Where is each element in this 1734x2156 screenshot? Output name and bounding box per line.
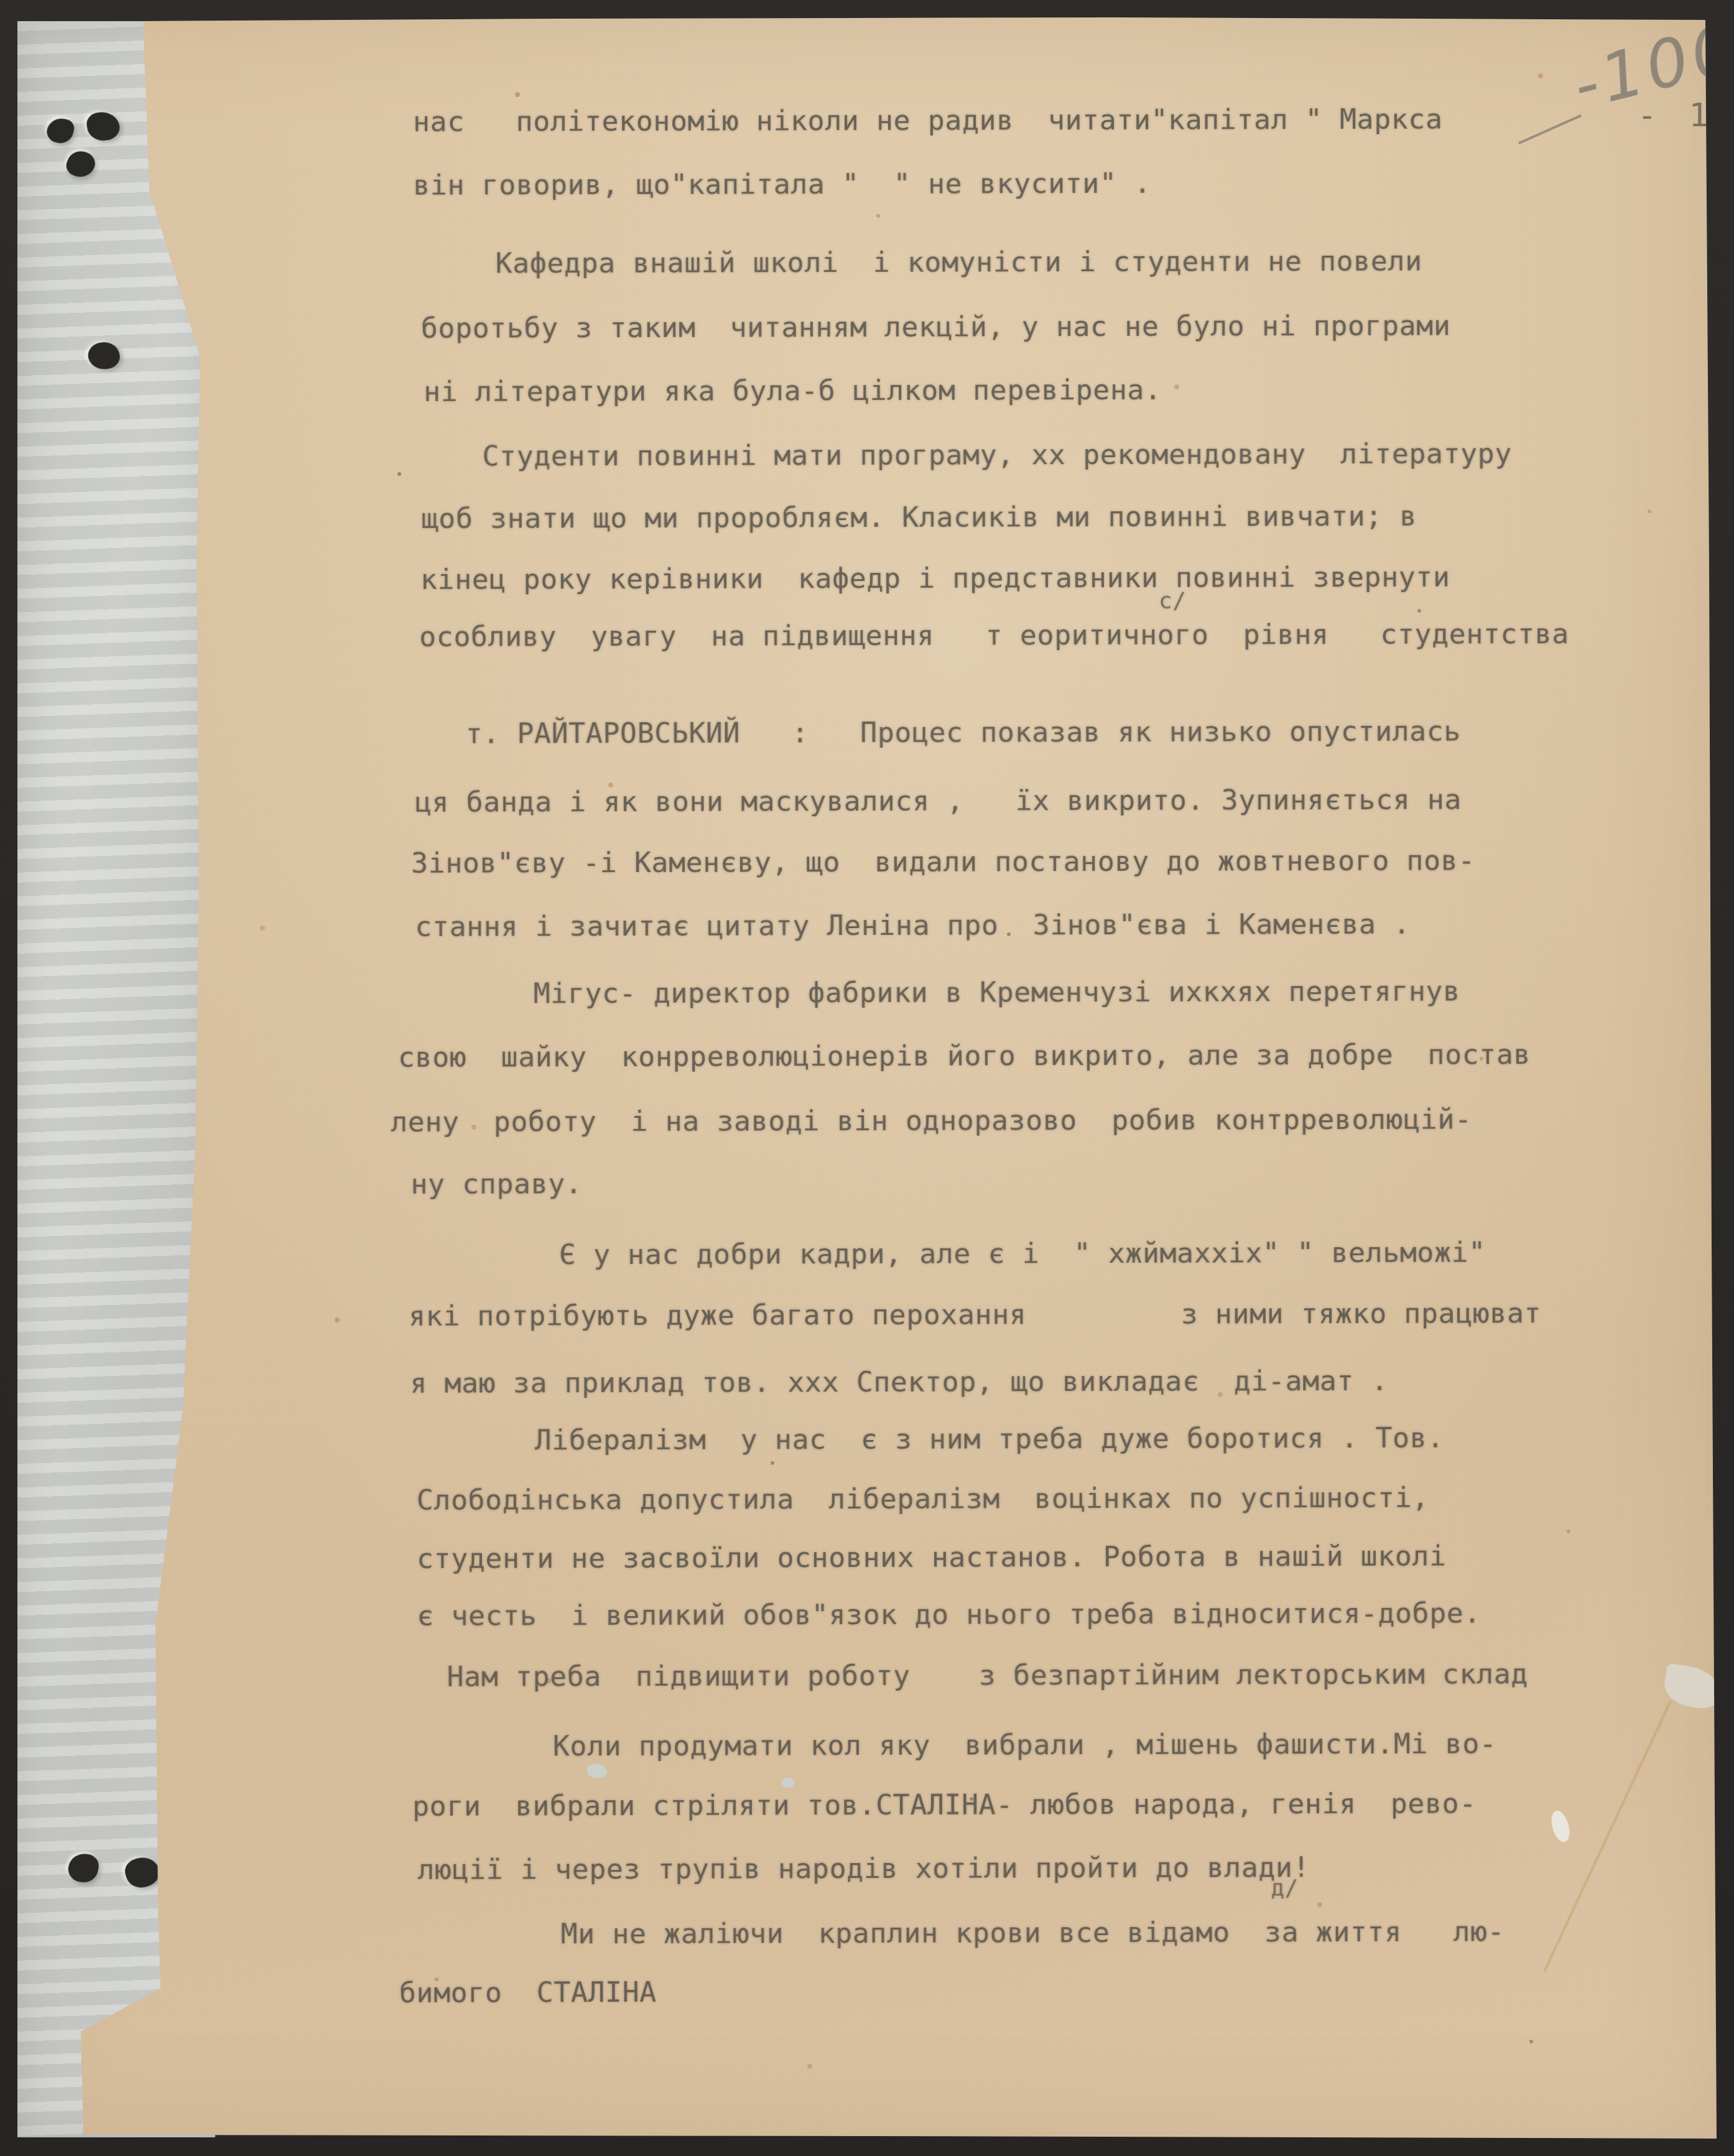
typewritten-line: Коли продумати кол яку вибрали , мішень …	[553, 1727, 1497, 1762]
typewritten-line: кінец року керівники кафедр і представни…	[420, 561, 1450, 596]
typewritten-line: люції і через трупів народів хотіли прой…	[417, 1851, 1310, 1886]
typewritten-line: особливу увагу на підвищення т еоритично…	[419, 618, 1569, 653]
typewritten-line: лену роботу і на заводі він одноразово р…	[391, 1103, 1472, 1138]
typewritten-line: Є у нас добри кадри, але є і " хжймаххіх…	[559, 1236, 1486, 1271]
typewritten-line: ця банда і як вони маскувалися , їх викр…	[415, 783, 1462, 818]
typewritten-line: я маю за приклад тов. ххх Спектор, що ви…	[410, 1365, 1388, 1400]
typewritten-line: бимого СТАЛІНА	[399, 1976, 657, 2009]
correction-superscript: д/	[1271, 1872, 1298, 1905]
typewritten-text-block: нас політекономію ніколи не радив читати…	[0, 0, 1734, 2156]
typewritten-line: Слободінська допустила лібералізм воцінк…	[417, 1482, 1429, 1517]
typewritten-line: щоб знати що ми проробляєм. Класиків ми …	[422, 500, 1417, 535]
typewritten-line: ні літератури яка була-б цілком перевіре…	[424, 374, 1162, 408]
typewritten-line: ну справу.	[410, 1168, 582, 1201]
typewritten-line: боротьбу з таким читанням лекцій, у нас …	[421, 310, 1451, 345]
typewritten-line: студенти не засвоїли основних настанов. …	[417, 1540, 1447, 1575]
paper-flecks	[0, 0, 2, 2]
typewritten-line: свою шайку конрреволюціонерів його викри…	[398, 1038, 1531, 1074]
typewritten-line: роги вибрали стріляти тов.СТАЛІНА- любов…	[412, 1787, 1477, 1822]
typewritten-line: які потрібують дуже багато перохання з н…	[409, 1297, 1541, 1332]
typewritten-line: Лібералізм у нас є з ним треба дуже боро…	[534, 1422, 1444, 1457]
typewritten-line: стання і зачитає цитату Леніна про Зінов…	[415, 908, 1410, 943]
typewritten-line: Студенти повинні мати програму, хх реком…	[482, 437, 1512, 472]
correction-superscript: с/	[1159, 585, 1186, 618]
typewritten-line: нас політекономію ніколи не радив читати…	[413, 103, 1443, 138]
scanned-document-page: - 1 -100 нас політекономію ніколи не рад…	[0, 0, 1734, 2156]
typewritten-line: є честь і великий обов"язок до нього тре…	[417, 1597, 1481, 1632]
typewritten-line: Кафедра внашій школі і комуністи і студе…	[496, 245, 1422, 280]
typewritten-line: Зінов"єву -і Каменєву, що видали постано…	[411, 844, 1475, 879]
typewritten-line: т. РАЙТАРОВСЬКИЙ : Процес показав як низ…	[465, 715, 1460, 750]
typewritten-line: Нам треба підвищити роботу з безпартійни…	[447, 1658, 1528, 1693]
typewritten-line: він говорив, що"капітала " " не вкусити"…	[413, 167, 1151, 202]
typewritten-line: Мігус- директор фабрики в Кременчузі ихк…	[534, 975, 1460, 1010]
document-sheet: - 1 -100 нас політекономію ніколи не рад…	[0, 0, 1734, 2156]
typewritten-line: Ми не жаліючи краплин крови все відамо з…	[561, 1915, 1505, 1950]
